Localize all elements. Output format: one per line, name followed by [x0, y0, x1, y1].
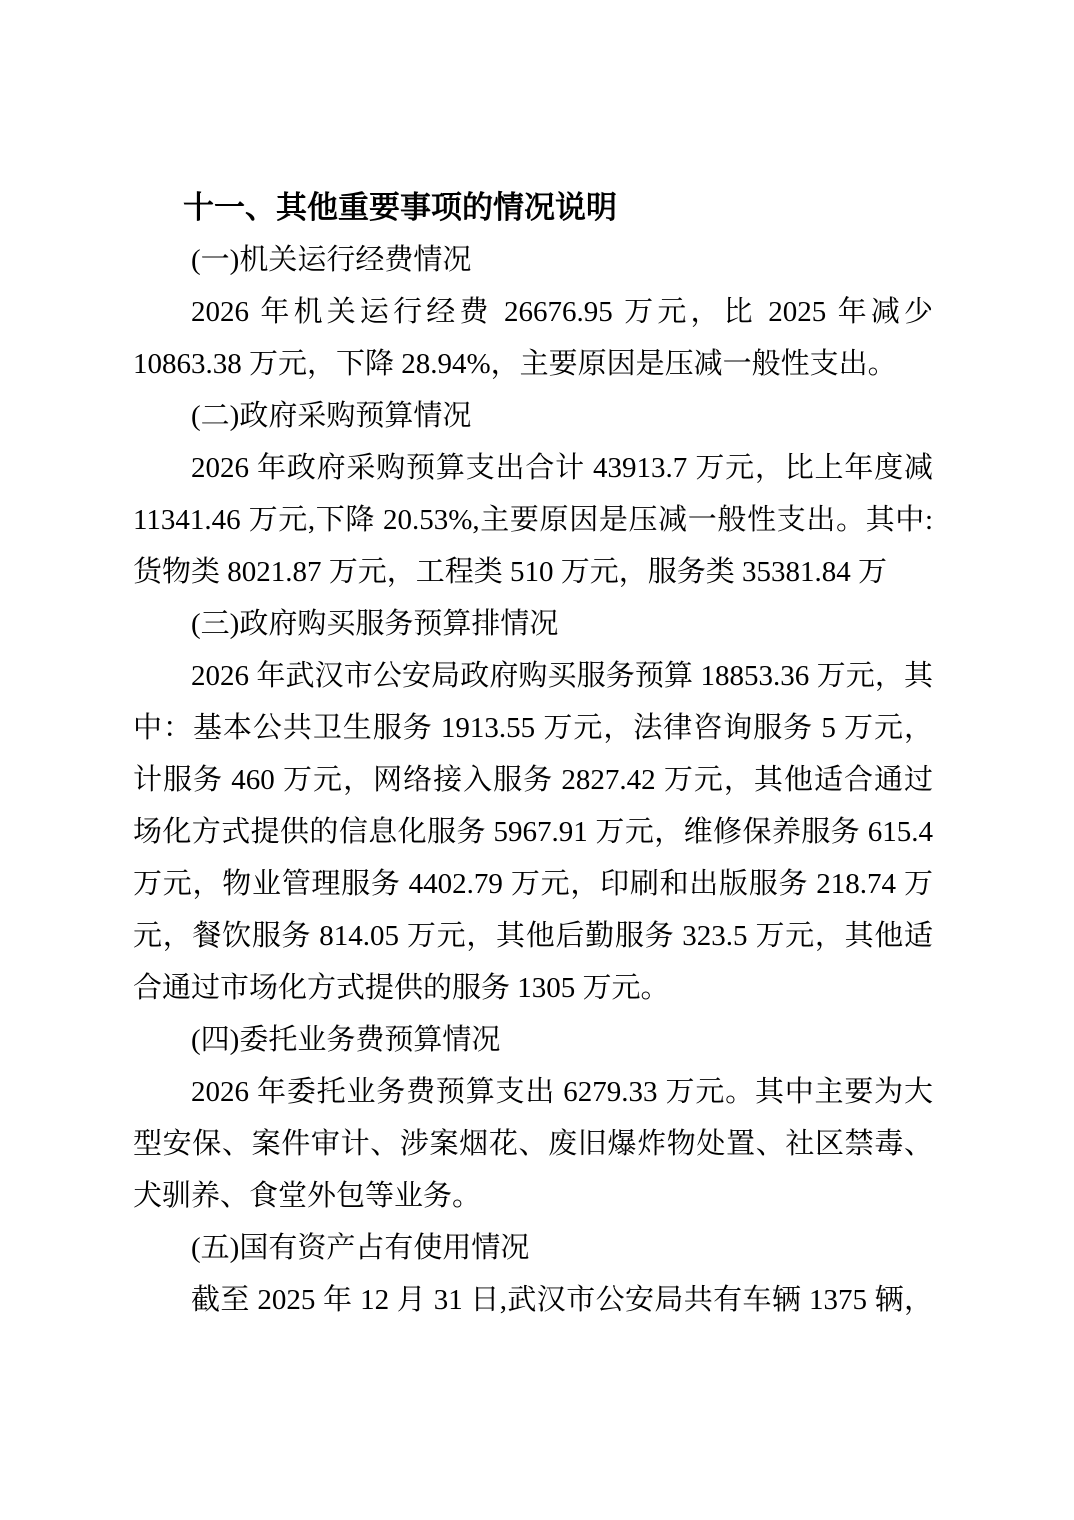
- section-3-line-2: 中：基本公共卫生服务 1913.55 万元，法律咨询服务 5 万元，审: [133, 702, 933, 754]
- section-3-line-4: 场化方式提供的信息化服务 5967.91 万元，维修保养服务 615.4: [133, 806, 933, 858]
- section-4-line-1: 2026 年委托业务费预算支出 6279.33 万元。其中主要为大: [133, 1066, 933, 1118]
- section-3-line-5: 万元，物业管理服务 4402.79 万元，印刷和出版服务 218.74 万: [133, 858, 933, 910]
- section-2-line-2: 11341.46 万元,下降 20.53%,主要原因是压减一般性支出。其中:: [133, 494, 933, 546]
- section-4-heading: (四)委托业务费预算情况: [133, 1014, 933, 1066]
- document-content: 十一、其他重要事项的情况说明 (一)机关运行经费情况 2026 年机关运行经费 …: [133, 182, 933, 1326]
- section-4-line-3: 犬驯养、食堂外包等业务。: [133, 1170, 933, 1222]
- section-3-heading: (三)政府购买服务预算排情况: [133, 598, 933, 650]
- section-2-line-3: 货物类 8021.87 万元，工程类 510 万元，服务类 35381.84 万…: [133, 546, 933, 598]
- section-3-line-1: 2026 年武汉市公安局政府购买服务预算 18853.36 万元，其: [133, 650, 933, 702]
- doc-title: 十一、其他重要事项的情况说明: [133, 182, 933, 234]
- section-1-line-1: 2026 年机关运行经费 26676.95 万元，比 2025 年减少: [133, 286, 933, 338]
- section-4-line-2: 型安保、案件审计、涉案烟花、废旧爆炸物处置、社区禁毒、警: [133, 1118, 933, 1170]
- section-2-line-1: 2026 年政府采购预算支出合计 43913.7 万元，比上年度减少: [133, 442, 933, 494]
- section-3-line-7: 合通过市场化方式提供的服务 1305 万元。: [133, 962, 933, 1014]
- section-3-line-6: 元，餐饮服务 814.05 万元，其他后勤服务 323.5 万元，其他适: [133, 910, 933, 962]
- section-2-heading: (二)政府采购预算情况: [133, 390, 933, 442]
- section-3-line-3: 计服务 460 万元，网络接入服务 2827.42 万元，其他适合通过市: [133, 754, 933, 806]
- section-1-heading: (一)机关运行经费情况: [133, 234, 933, 286]
- document-page: 十一、其他重要事项的情况说明 (一)机关运行经费情况 2026 年机关运行经费 …: [0, 0, 1074, 1520]
- section-5-line-1: 截至 2025 年 12 月 31 日,武汉市公安局共有车辆 1375 辆，: [133, 1274, 933, 1326]
- section-5-heading: (五)国有资产占有使用情况: [133, 1222, 933, 1274]
- section-1-line-2: 10863.38 万元，下降 28.94%，主要原因是压减一般性支出。: [133, 338, 933, 390]
